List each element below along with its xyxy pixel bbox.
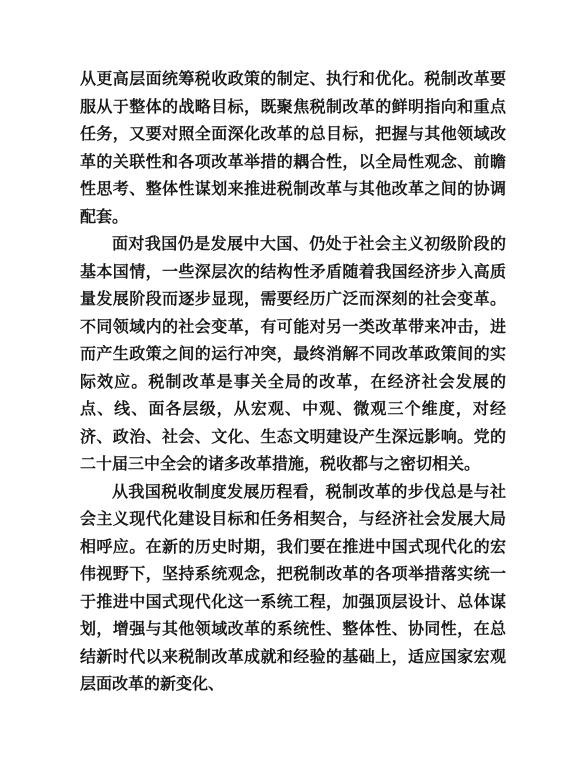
paragraph-2: 面对我国仍是发展中大国、仍处于社会主义初级阶段的基本国情，一些深层次的结构性矛盾…	[80, 231, 506, 479]
paragraph-1: 从更高层面统筹税收政策的制定、执行和优化。税制改革要服从于整体的战略目标，既聚焦…	[80, 66, 506, 231]
document-page: 从更高层面统筹税收政策的制定、执行和优化。税制改革要服从于整体的战略目标，既聚焦…	[0, 0, 586, 759]
body-text: 从更高层面统筹税收政策的制定、执行和优化。税制改革要服从于整体的战略目标，既聚焦…	[80, 66, 506, 699]
paragraph-3: 从我国税收制度发展历程看，税制改革的步伐总是与社会主义现代化建设目标和任务相契合…	[80, 479, 506, 699]
